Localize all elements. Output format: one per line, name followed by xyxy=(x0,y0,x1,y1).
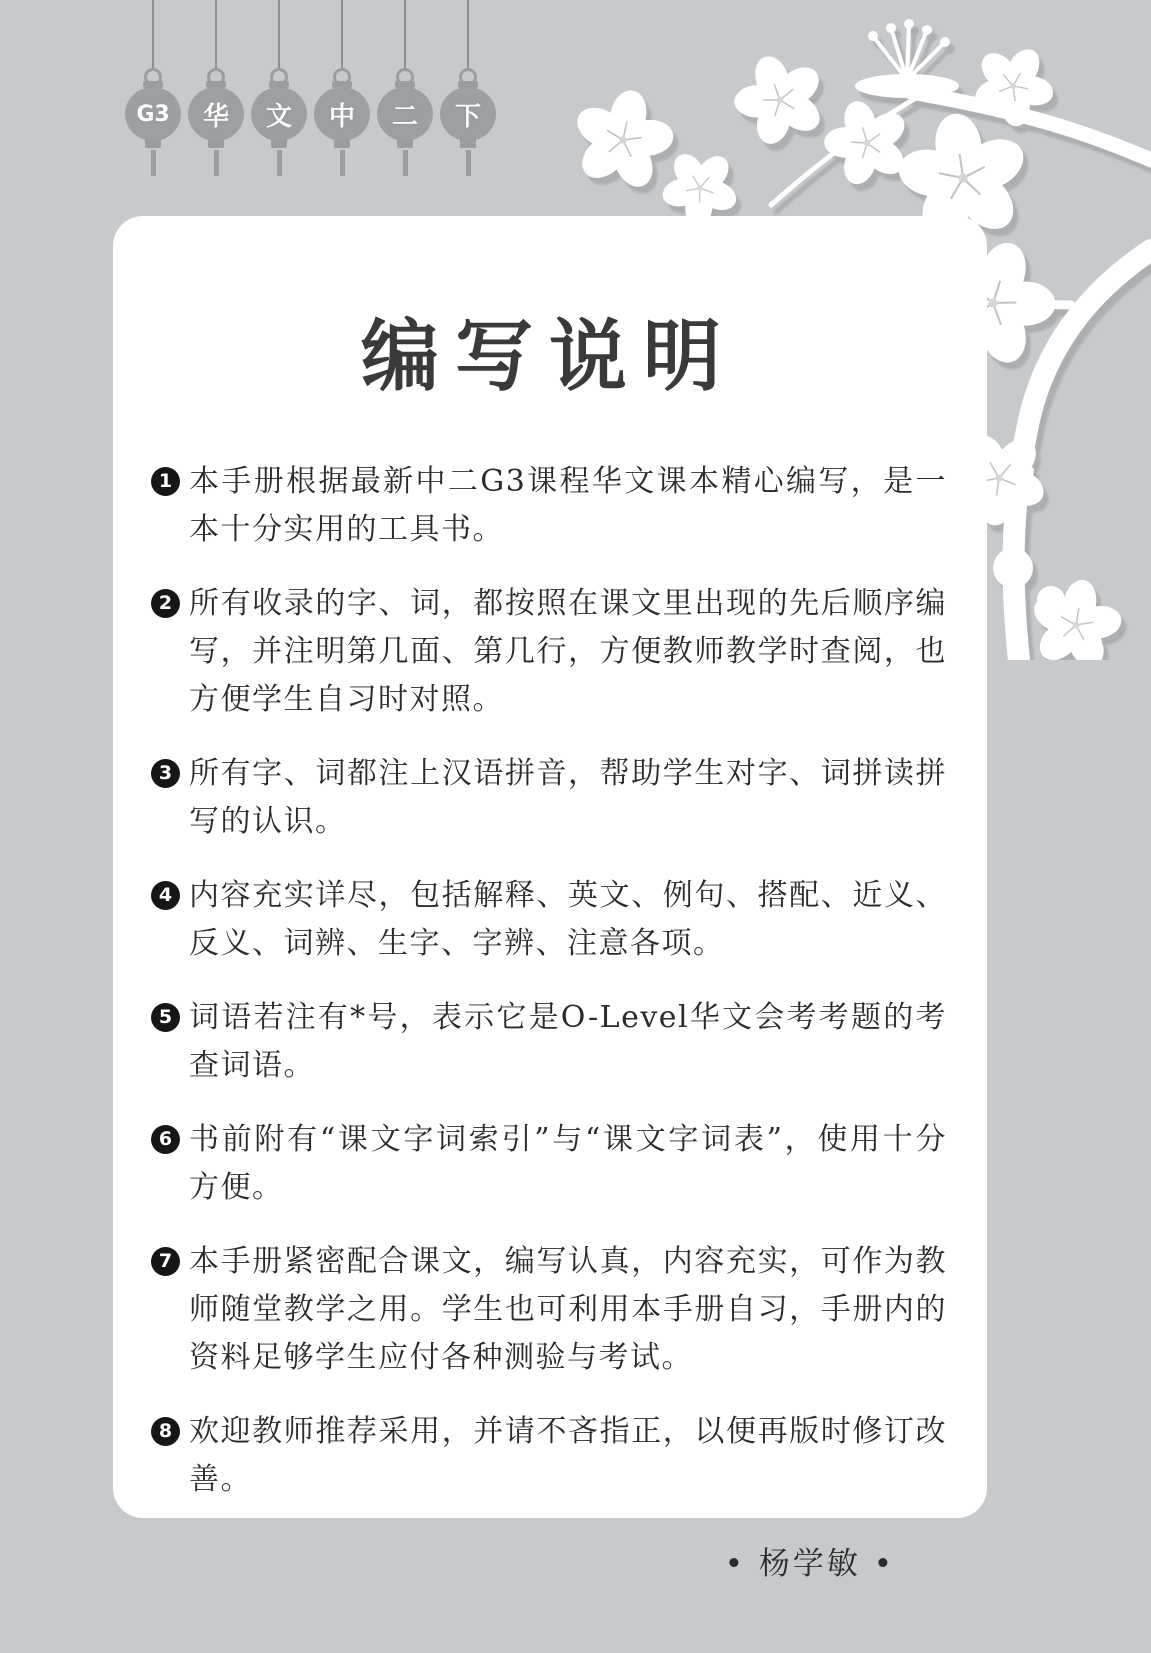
lantern-base xyxy=(334,139,350,148)
note-text: 所有收录的字、词，都按照在课文里出现的先后顺序编写，并注明第几面、第几行，方便教… xyxy=(189,580,947,724)
note-item-7: 7 本手册紧密配合课文，编写认真，内容充实，可作为教师随堂教学之用。学生也可利用… xyxy=(151,1238,947,1382)
note-text: 书前附有“课文字词索引”与“课文字词表”，使用十分方便。 xyxy=(189,1116,947,1212)
note-item-4: 4 内容充实详尽，包括解释、英文、例句、搭配、近义、反义、词辨、生字、字辨、注意… xyxy=(151,872,947,968)
lantern-base xyxy=(397,139,413,148)
lantern-string xyxy=(152,0,154,70)
lantern-base xyxy=(271,139,287,148)
note-number-badge: 4 xyxy=(151,881,180,910)
lantern-tassel xyxy=(340,150,345,176)
lantern-g3: G3 xyxy=(124,0,182,176)
lantern-label: 中 xyxy=(314,87,370,141)
lantern-label: 下 xyxy=(440,87,496,141)
lantern-string xyxy=(341,0,343,70)
note-text: 本手册紧密配合课文，编写认真，内容充实，可作为教师随堂教学之用。学生也可利用本手… xyxy=(189,1238,947,1382)
lantern-string xyxy=(467,0,469,70)
note-text: 所有字、词都注上汉语拼音，帮助学生对字、词拼读拼写的认识。 xyxy=(189,750,947,846)
lantern-tassel xyxy=(403,150,408,176)
lantern-banner: G3 华 文 中 二 下 xyxy=(0,0,520,190)
note-number-badge: 5 xyxy=(151,1003,180,1032)
lantern-tassel xyxy=(277,150,282,176)
note-number-badge: 3 xyxy=(151,759,180,788)
note-text: 本手册根据最新中二G3课程华文课本精心编写，是一本十分实用的工具书。 xyxy=(189,458,947,554)
lantern-base xyxy=(145,139,161,148)
lantern-base xyxy=(460,139,476,148)
lantern-label: G3 xyxy=(125,87,181,141)
lantern-wen: 文 xyxy=(250,0,308,176)
note-item-3: 3 所有字、词都注上汉语拼音，帮助学生对字、词拼读拼写的认识。 xyxy=(151,750,947,846)
note-item-1: 1 本手册根据最新中二G3课程华文课本精心编写，是一本十分实用的工具书。 xyxy=(151,458,947,554)
note-number-badge: 1 xyxy=(151,467,180,496)
lantern-hua: 华 xyxy=(187,0,245,176)
note-text: 内容充实详尽，包括解释、英文、例句、搭配、近义、反义、词辨、生字、字辨、注意各项… xyxy=(189,872,947,968)
note-text: 欢迎教师推荐采用，并请不吝指正，以便再版时修订改善。 xyxy=(189,1408,947,1504)
author-signature: • 杨学敏 • xyxy=(151,1538,947,1583)
lantern-string xyxy=(278,0,280,70)
note-item-6: 6 书前附有“课文字词索引”与“课文字词表”，使用十分方便。 xyxy=(151,1116,947,1212)
note-number-badge: 2 xyxy=(151,589,180,618)
note-number-badge: 8 xyxy=(151,1417,180,1446)
note-number-badge: 6 xyxy=(151,1125,180,1154)
note-item-5: 5 词语若注有*号，表示它是O-Level华文会考考题的考查词语。 xyxy=(151,994,947,1090)
lantern-label: 文 xyxy=(251,87,307,141)
note-item-8: 8 欢迎教师推荐采用，并请不吝指正，以便再版时修订改善。 xyxy=(151,1408,947,1504)
lantern-label: 华 xyxy=(188,87,244,141)
lantern-base xyxy=(208,139,224,148)
lantern-string xyxy=(215,0,217,70)
lantern-xia: 下 xyxy=(439,0,497,176)
content-card: 编写说明 1 本手册根据最新中二G3课程华文课本精心编写，是一本十分实用的工具书… xyxy=(113,216,987,1518)
lantern-tassel xyxy=(214,150,219,176)
lantern-zhong: 中 xyxy=(313,0,371,176)
lantern-label: 二 xyxy=(377,87,433,141)
note-number-badge: 7 xyxy=(151,1247,180,1276)
lantern-er: 二 xyxy=(376,0,434,176)
page-title: 编写说明 xyxy=(151,294,947,406)
lantern-tassel xyxy=(151,150,156,176)
lantern-string xyxy=(404,0,406,70)
note-item-2: 2 所有收录的字、词，都按照在课文里出现的先后顺序编写，并注明第几面、第几行，方… xyxy=(151,580,947,724)
lantern-tassel xyxy=(466,150,471,176)
notes-list: 1 本手册根据最新中二G3课程华文课本精心编写，是一本十分实用的工具书。 2 所… xyxy=(151,458,947,1504)
note-text: 词语若注有*号，表示它是O-Level华文会考考题的考查词语。 xyxy=(189,994,947,1090)
